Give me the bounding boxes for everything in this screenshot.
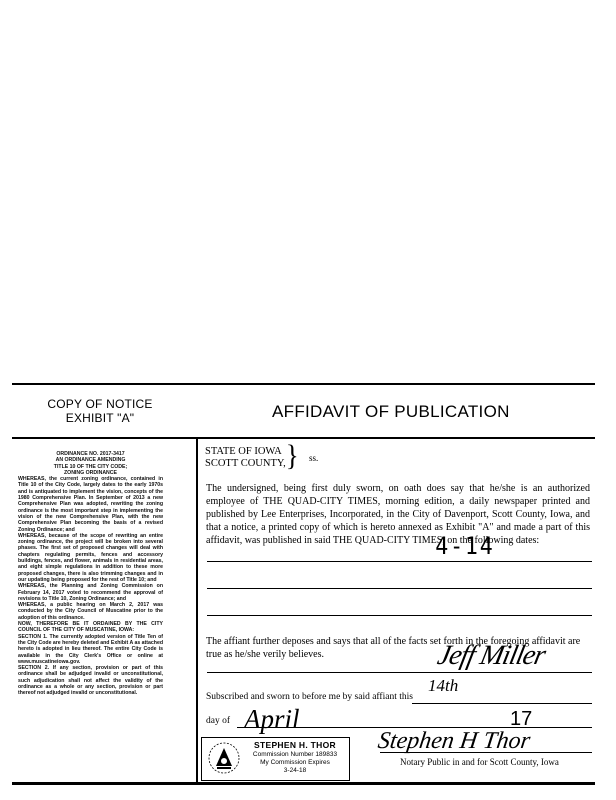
header-bottom-rule: [12, 437, 595, 439]
affiant-signature: Jeff Miller: [435, 640, 548, 672]
copy-of-notice-label: COPY OF NOTICE EXHIBIT "A": [30, 397, 170, 425]
date-line: [207, 561, 592, 562]
page-title: AFFIDAVIT OF PUBLICATION: [272, 402, 510, 422]
notary-caption: Notary Public in and for Scott County, I…: [400, 757, 559, 767]
date-line: [207, 588, 592, 589]
ordinance-clipping: ORDINANCE NO. 2017-3417 AN ORDINANCE AME…: [18, 451, 163, 697]
state-label: STATE OF IOWA: [205, 446, 286, 458]
commission-number: Commission Number 189833: [244, 751, 346, 759]
county-label: SCOTT COUNTY,: [205, 458, 286, 470]
column-divider: [196, 439, 198, 783]
notary-signature: Stephen H Thor: [376, 728, 532, 755]
notary-name: STEPHEN H. THOR: [244, 740, 346, 750]
affiant-signature-line: [207, 672, 592, 673]
ordinance-paragraph: WHEREAS, the current zoning ordinance, c…: [18, 476, 163, 533]
notarial-seal-icon: [207, 741, 241, 775]
notary-signature-line: [380, 752, 592, 753]
venue-block: STATE OF IOWA SCOTT COUNTY,: [205, 446, 286, 470]
brace-symbol: }: [286, 441, 299, 471]
affidavit-body: The undersigned, being first duly sworn,…: [206, 482, 590, 547]
ordinance-paragraph: WHEREAS, because of the scope of rewriti…: [18, 533, 163, 583]
ordinance-paragraph: WHEREAS, a public hearing on March 2, 20…: [18, 602, 163, 621]
ordinance-paragraph: NOW, THEREFORE BE IT ORDAINED BY THE CIT…: [18, 621, 163, 634]
day-of-label: day of: [206, 716, 230, 726]
commission-expires-label: My Commission Expires: [244, 759, 346, 767]
subscribed-label: Subscribed and sworn to before me by sai…: [206, 692, 413, 702]
publication-date-handwritten: 4-14: [435, 532, 494, 560]
ordinance-paragraph: SECTION 1. The currently adopted version…: [18, 634, 163, 665]
ordinance-paragraph: WHEREAS, the Planning and Zoning Commiss…: [18, 583, 163, 602]
commission-expires-date: 3-24-18: [244, 767, 346, 775]
copy-notice-line1: COPY OF NOTICE: [30, 397, 170, 411]
ordinance-paragraph: SECTION 2. If any section, provision or …: [18, 665, 163, 696]
exhibit-label: EXHIBIT "A": [30, 411, 170, 425]
date-line: [207, 615, 592, 616]
day-line: [412, 703, 592, 704]
notary-seal-stamp: STEPHEN H. THOR Commission Number 189833…: [201, 737, 350, 781]
ss-label: ss.: [309, 453, 318, 463]
top-rule: [12, 383, 595, 385]
month-handwritten: April: [244, 704, 300, 735]
bottom-rule: [12, 782, 595, 785]
day-handwritten: 14th: [428, 676, 458, 696]
